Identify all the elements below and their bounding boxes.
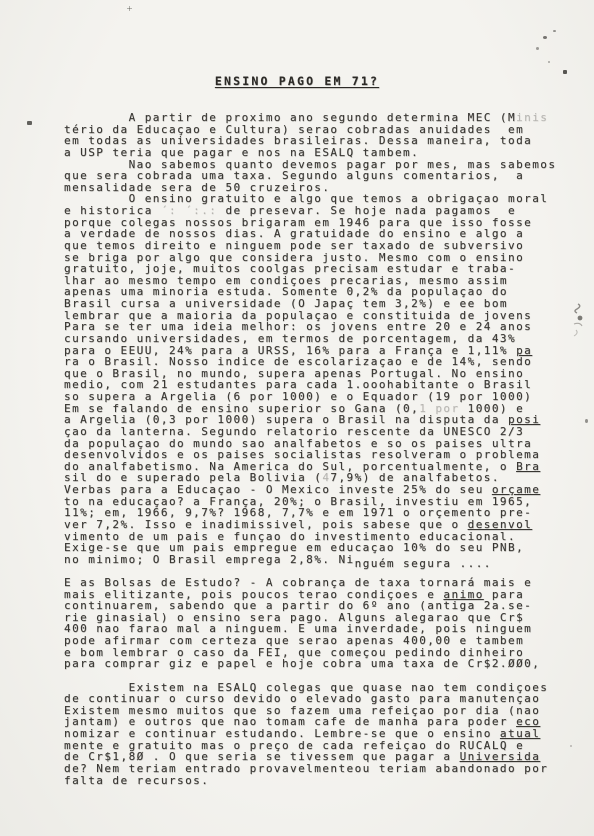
ink-speck (543, 36, 547, 39)
ink-speck (548, 61, 550, 63)
line-segment-faded: 4 (322, 471, 330, 484)
ink-speck (563, 70, 567, 74)
ink-speck (585, 419, 588, 423)
ink-speck (27, 121, 32, 125)
line-segment-dropped: nguém segura .... (355, 557, 492, 570)
line-segment-faded: ´: ´:.: (161, 204, 218, 217)
document-title-text: ENSINO PAGO EM 71? (215, 74, 379, 88)
line-segment-faded: 1 por (419, 402, 467, 415)
line-segment-faded: inis (516, 111, 548, 124)
margin-handwriting-mark (564, 300, 588, 350)
ink-speck (570, 745, 572, 747)
ink-speck (536, 47, 539, 50)
registration-mark (129, 6, 130, 11)
document-page: ENSINO PAGO EM 71? A partir de proximo a… (0, 0, 594, 836)
text-line: falta de recursos. (64, 775, 584, 787)
document-body: A partir de proximo ano segundo determin… (64, 112, 584, 786)
ink-speck (553, 30, 556, 32)
text-line: no minimo; O Brasil emprega 2,8%. Ningué… (64, 554, 584, 566)
line-segment: no minimo; O Brasil emprega 2,8%. Ni (64, 553, 355, 566)
line-segment: para comprar giz e papel e hoje cobra um… (64, 657, 540, 670)
text-line: para comprar giz e papel e hoje cobra um… (64, 658, 584, 670)
line-segment-underlined: Bra (516, 460, 540, 473)
document-title: ENSINO PAGO EM 71? (0, 74, 594, 88)
line-segment: falta de recursos. (64, 774, 209, 787)
